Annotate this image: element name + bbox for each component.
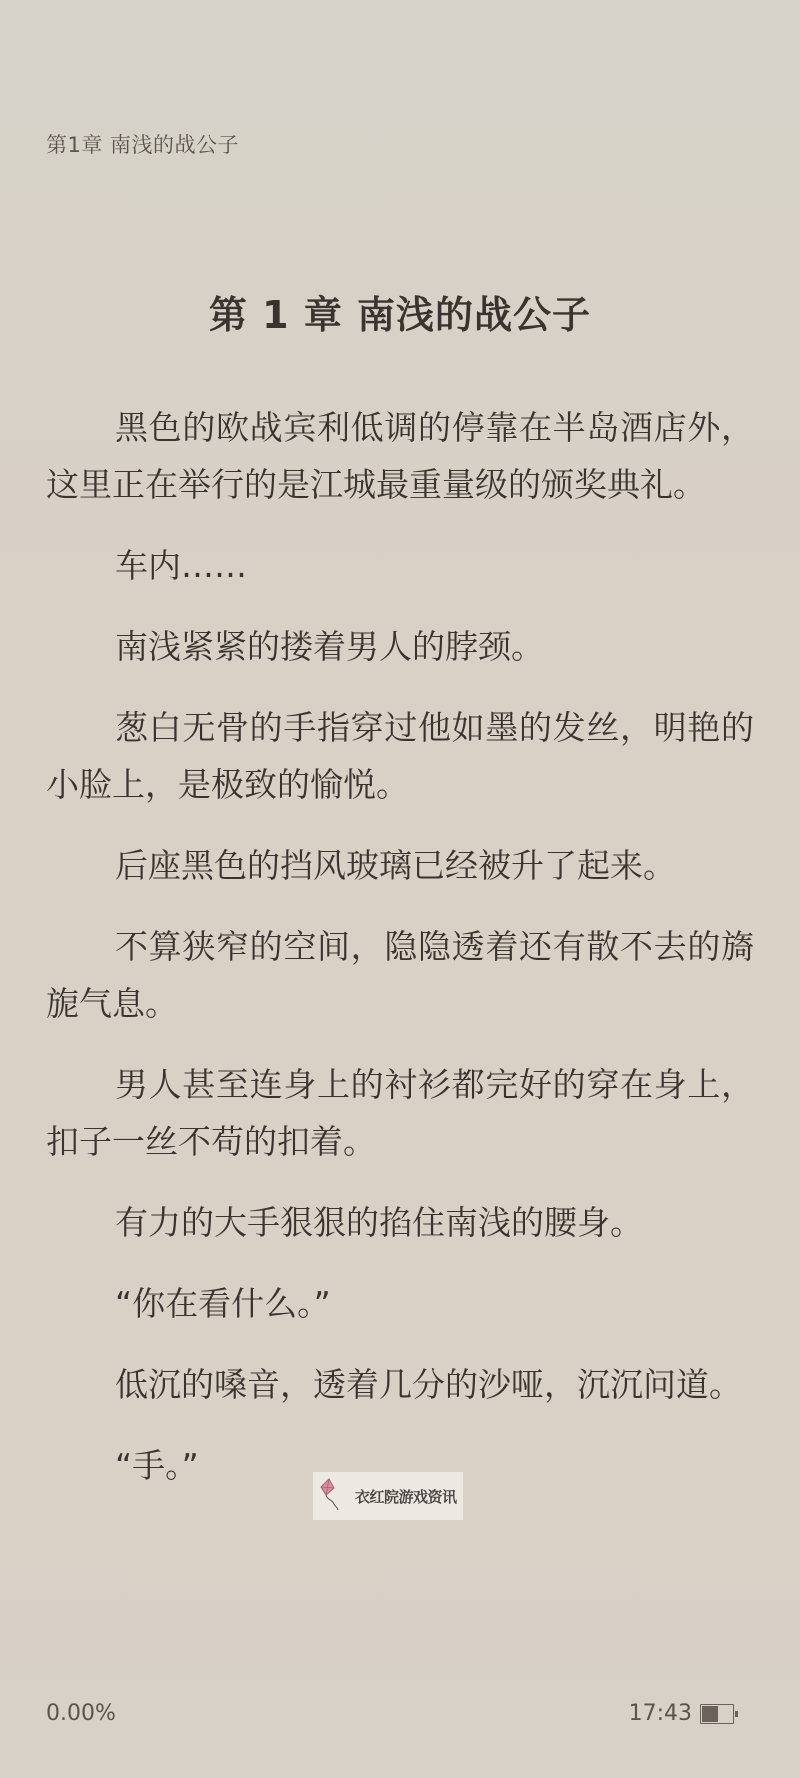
paragraph: 有力的大手狠狠的掐住南浅的腰身。: [46, 1194, 754, 1251]
paragraph: 南浅紧紧的搂着男人的脖颈。: [46, 618, 754, 675]
battery-level: [702, 1706, 718, 1722]
paragraph: “你在看什么。”: [46, 1275, 754, 1332]
clock-time: 17:43: [629, 1700, 692, 1728]
paragraph: 葱白无骨的手指穿过他如墨的发丝，明艳的小脸上，是极致的愉悦。: [46, 699, 754, 813]
running-chapter-header: 第1章 南浅的战公子: [46, 131, 239, 159]
paragraph: 后座黑色的挡风玻璃已经被升了起来。: [46, 837, 754, 894]
paragraph: 男人甚至连身上的衬衫都完好的穿在身上，扣子一丝不苟的扣着。: [46, 1056, 754, 1170]
paragraph: 车内……: [46, 537, 754, 594]
ebook-reader-page[interactable]: 第1章 南浅的战公子 第 1 章 南浅的战公子 黑色的欧战宾利低调的停靠在半岛酒…: [0, 0, 800, 1778]
paragraph: 不算狭窄的空间，隐隐透着还有散不去的旖旎气息。: [46, 918, 754, 1032]
reading-progress: 0.00%: [46, 1700, 116, 1728]
chapter-title: 第 1 章 南浅的战公子: [0, 292, 800, 338]
paragraph: 低沉的嗓音，透着几分的沙哑，沉沉问道。: [46, 1356, 754, 1413]
watermark-text: 衣红院游戏资讯: [355, 1486, 457, 1507]
footer-status: 17:43: [629, 1700, 734, 1728]
battery-tip: [735, 1711, 738, 1717]
battery-icon: [700, 1704, 734, 1724]
paragraph: 黑色的欧战宾利低调的停靠在半岛酒店外，这里正在举行的是江城最重量级的颁奖典礼。: [46, 399, 754, 513]
kite-icon: [317, 1477, 347, 1515]
chapter-body: 黑色的欧战宾利低调的停靠在半岛酒店外，这里正在举行的是江城最重量级的颁奖典礼。 …: [46, 399, 754, 1518]
watermark-badge: 衣红院游戏资讯: [313, 1472, 463, 1520]
